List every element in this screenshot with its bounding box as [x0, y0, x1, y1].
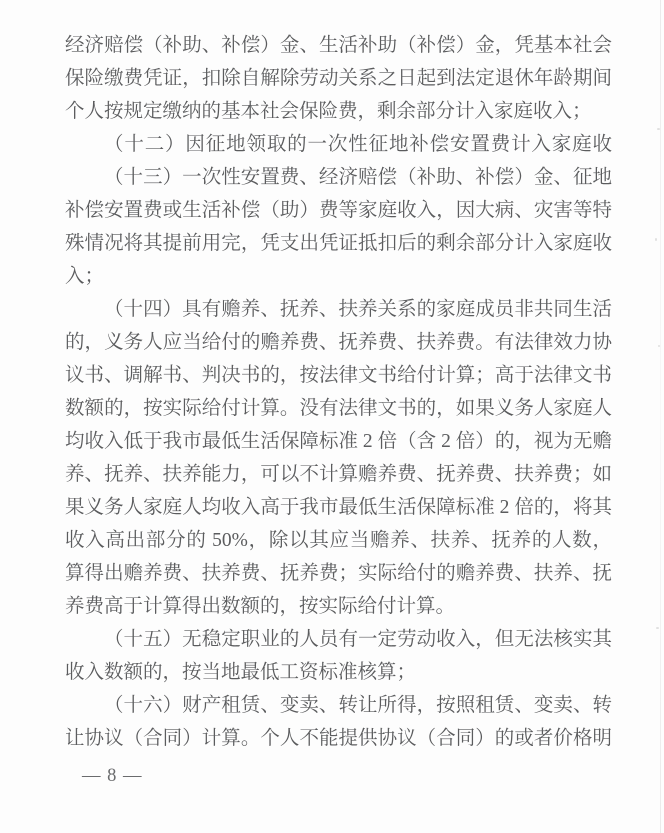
text-line: 议书、调解书、判决书的，按法律文书给付计算；高于法律文书	[65, 359, 612, 392]
text-line: 数额的，按实际给付计算。没有法律文书的，如果义务人家庭人	[65, 392, 612, 425]
text-line: 让协议（合同）计算。个人不能提供协议（合同）的或者价格明	[65, 722, 612, 755]
scan-artifact	[658, 345, 660, 347]
text-line: 经济赔偿（补助、补偿）金、生活补助（补偿）金，凭基本社会	[65, 29, 612, 62]
document-body-text: 经济赔偿（补助、补偿）金、生活补助（补偿）金，凭基本社会 保险缴费凭证，扣除自解…	[65, 29, 612, 755]
text-line: 养费高于计算得出数额的，按实际给付计算。	[65, 590, 612, 623]
scan-artifact	[656, 627, 659, 629]
paragraph-item-13: （十三）一次性安置费、经济赔偿（补助、补偿）金、征地 补偿安置费或生活补偿（助）…	[65, 161, 612, 293]
text-line: 补偿安置费或生活补偿（助）费等家庭收入，因大病、灾害等特	[65, 194, 612, 227]
text-line: 殊情况将其提前用完，凭支出凭证抵扣后的剩余部分计入家庭收	[65, 227, 612, 260]
paragraph-item-15: （十五）无稳定职业的人员有一定劳动收入，但无法核实其 收入数额的，按当地最低工资…	[65, 623, 612, 689]
paragraph-continuation: 经济赔偿（补助、补偿）金、生活补助（补偿）金，凭基本社会 保险缴费凭证，扣除自解…	[65, 29, 612, 128]
text-line: （十六）财产租赁、变卖、转让所得，按照租赁、变卖、转	[65, 689, 612, 722]
text-line: 算得出赡养费、扶养费、抚养费；实际给付的赡养费、扶养、抚	[65, 557, 612, 590]
scan-artifact	[655, 238, 657, 241]
text-line: 的，义务人应当给付的赡养费、抚养费、扶养费。有法律效力协	[65, 326, 612, 359]
text-line: （十五）无稳定职业的人员有一定劳动收入，但无法核实其	[65, 623, 612, 656]
text-line: 均收入低于我市最低生活保障标准 2 倍（含 2 倍）的，视为无赡	[65, 425, 612, 458]
text-line: 个人按规定缴纳的基本社会保险费，剩余部分计入家庭收入；	[65, 95, 612, 128]
page-number: — 8 —	[82, 764, 143, 788]
text-line: 保险缴费凭证，扣除自解除劳动关系之日起到法定退休年龄期间	[65, 62, 612, 95]
text-line: 入；	[65, 260, 612, 293]
document-page: 经济赔偿（补助、补偿）金、生活补助（补偿）金，凭基本社会 保险缴费凭证，扣除自解…	[0, 0, 664, 833]
paragraph-item-12: （十二）因征地领取的一次性征地补偿安置费计入家庭收入；	[65, 128, 612, 161]
text-line: 收入高出部分的 50%，除以其应当赡养、扶养、抚养的人数，计	[65, 524, 612, 557]
paragraph-item-14: （十四）具有赡养、抚养、扶养关系的家庭成员非共同生活 的，义务人应当给付的赡养费…	[65, 293, 612, 623]
text-line: 养、抚养、扶养能力，可以不计算赡养费、抚养费、扶养费；如	[65, 458, 612, 491]
scan-artifact	[657, 128, 660, 130]
scan-edge-shadow	[660, 0, 661, 833]
text-line: （十四）具有赡养、抚养、扶养关系的家庭成员非共同生活	[65, 293, 612, 326]
paragraph-item-16: （十六）财产租赁、变卖、转让所得，按照租赁、变卖、转 让协议（合同）计算。个人不…	[65, 689, 612, 755]
text-line: 收入数额的，按当地最低工资标准核算；	[65, 656, 612, 689]
text-line: （十三）一次性安置费、经济赔偿（补助、补偿）金、征地	[65, 161, 612, 194]
text-line: 果义务人家庭人均收入高于我市最低生活保障标准 2 倍的，将其	[65, 491, 612, 524]
text-line: （十二）因征地领取的一次性征地补偿安置费计入家庭收入；	[65, 128, 612, 161]
